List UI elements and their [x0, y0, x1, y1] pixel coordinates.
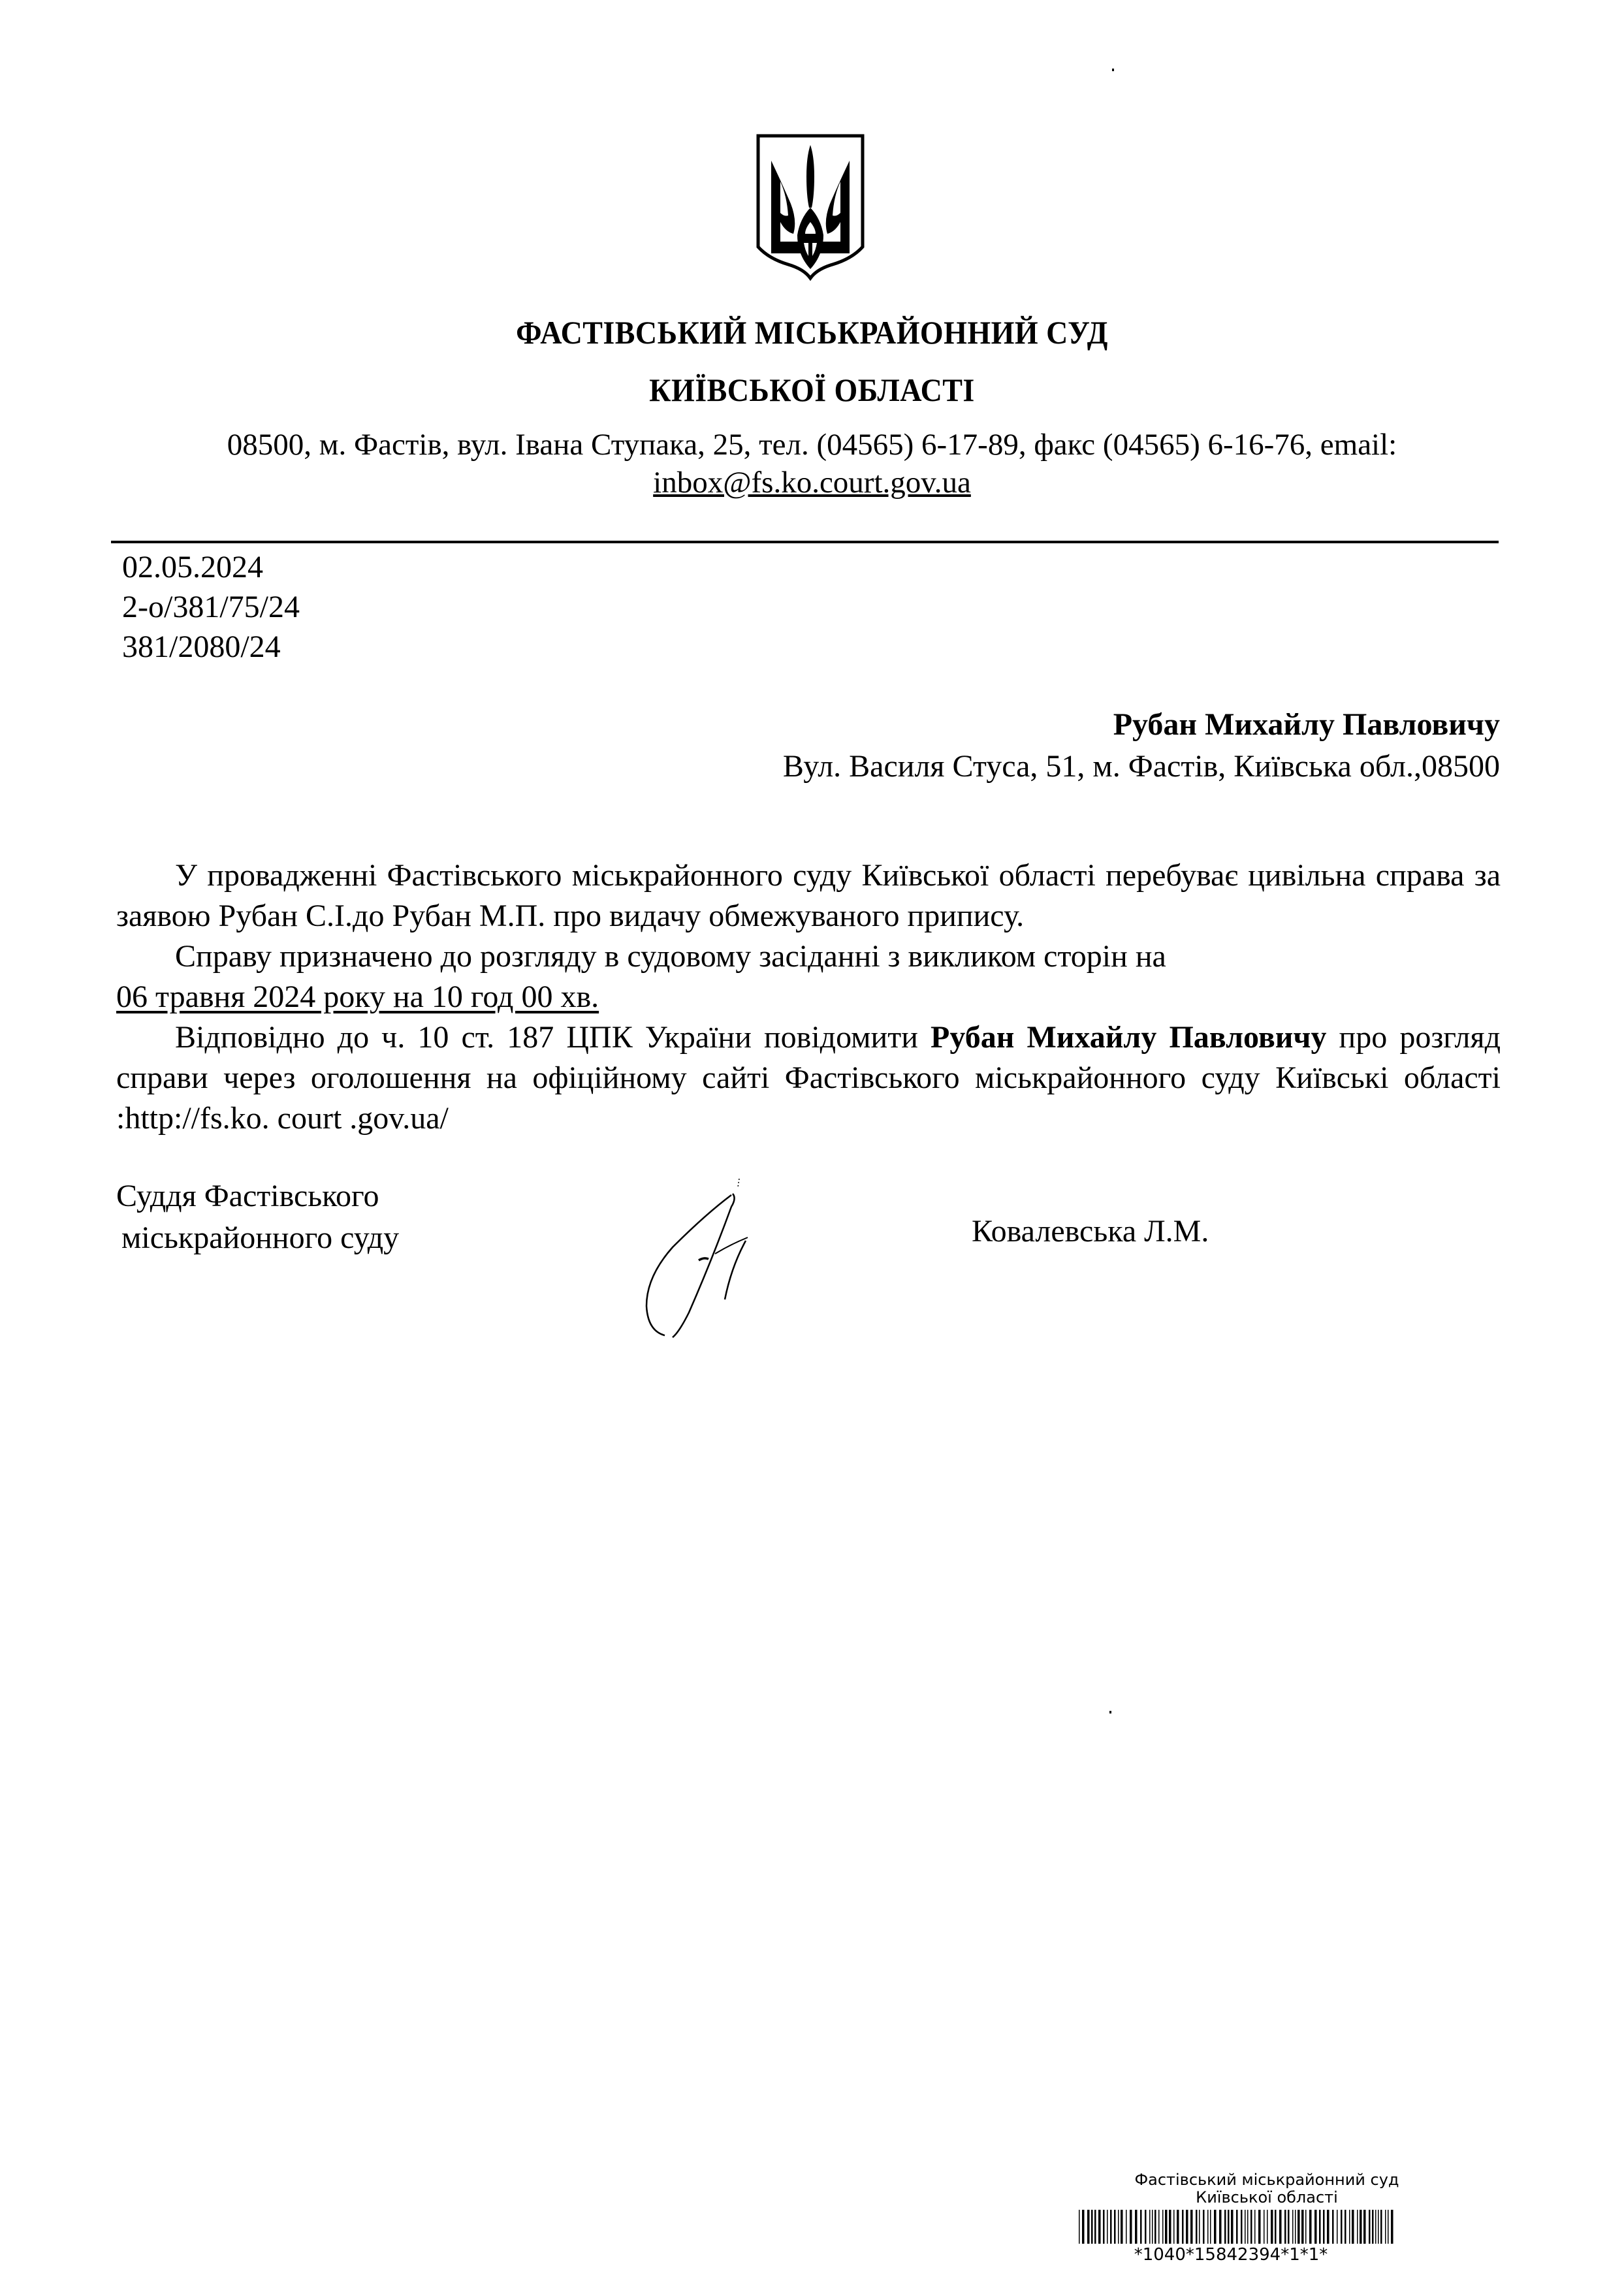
body-paragraph-3-name: Рубан Михайлу Павловичу — [931, 1020, 1326, 1055]
addressee-block: Рубан Михайлу Павловичу Вул. Василя Стус… — [783, 704, 1500, 788]
barcode-icon — [1079, 2210, 1395, 2244]
court-email-link[interactable]: inbox@fs.ko.court.gov.ua — [653, 466, 971, 500]
case-number: 2-о/381/75/24 — [122, 587, 300, 627]
stamp-court-region: Київської області — [1077, 2189, 1456, 2206]
judge-name: Ковалевська Л.М. — [972, 1213, 1209, 1249]
hearing-date: 06 травня 2024 року на 10 год 00 хв. — [116, 980, 599, 1014]
court-contact-line: 08500, м. Фастів, вул. Івана Ступака, 25… — [0, 426, 1624, 464]
scan-speck — [1112, 69, 1114, 71]
judge-title-block: Суддя Фастівського міськрайонного суду — [116, 1175, 399, 1259]
court-name-line2: КИЇВСЬКОЇ ОБЛАСТІ — [65, 371, 1559, 409]
handwritten-signature-icon — [627, 1175, 777, 1345]
stamp-court-name: Фастівський міськрайонний суд — [1077, 2171, 1456, 2188]
scan-speck — [1109, 1711, 1111, 1713]
addressee-address: Вул. Василя Стуса, 51, м. Фастів, Київсь… — [783, 746, 1500, 788]
document-references: 02.05.2024 2-о/381/75/24 381/2080/24 — [122, 547, 300, 667]
unique-case-number: 381/2080/24 — [122, 627, 300, 667]
body-paragraph-1: У провадженні Фастівського міськрайонног… — [116, 855, 1501, 936]
addressee-name: Рубан Михайлу Павловичу — [783, 704, 1500, 746]
header-divider — [111, 541, 1499, 543]
court-name-line1: ФАСТІВСЬКИЙ МІСЬКРАЙОННИЙ СУД — [65, 313, 1559, 351]
letter-body: У провадженні Фастівського міськрайонног… — [116, 855, 1501, 1139]
ukraine-trident-coat-of-arms-icon — [754, 131, 867, 281]
judge-title-line1: Суддя Фастівського — [116, 1175, 399, 1217]
body-paragraph-2-lead: Справу призначено до розгляду в судовому… — [116, 936, 1501, 977]
judge-title-line2: міськрайонного суду — [116, 1217, 399, 1259]
document-date: 02.05.2024 — [122, 547, 300, 587]
body-paragraph-3: Відповідно до ч. 10 ст. 187 ЦПК України … — [116, 1017, 1501, 1139]
court-contact-block: 08500, м. Фастів, вул. Івана Ступака, 25… — [0, 426, 1624, 502]
barcode-number: *1040*15842394*1*1* — [1077, 2245, 1384, 2265]
body-paragraph-3-part1: Відповідно до ч. 10 ст. 187 ЦПК України … — [175, 1020, 931, 1055]
